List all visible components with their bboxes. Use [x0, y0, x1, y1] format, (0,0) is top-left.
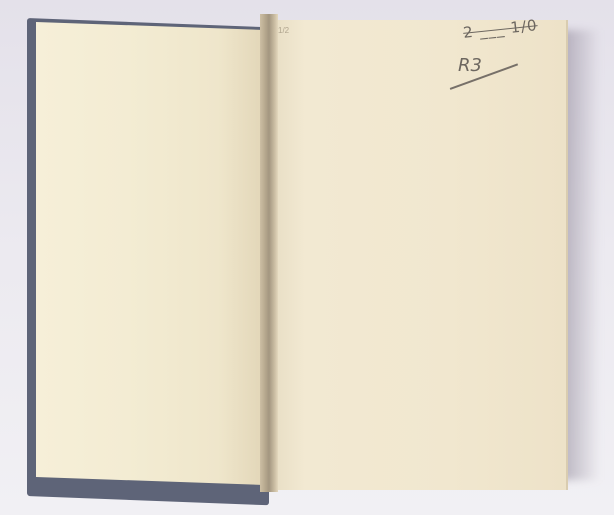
right-flyleaf	[276, 20, 568, 490]
pencil-note: R3	[458, 55, 482, 76]
book-gutter	[260, 14, 278, 492]
corner-pencil-mark: 1/2	[278, 26, 289, 35]
left-endpaper	[36, 22, 264, 485]
book-photo: 1/2 2 ___ 1/0 R3	[0, 0, 614, 515]
